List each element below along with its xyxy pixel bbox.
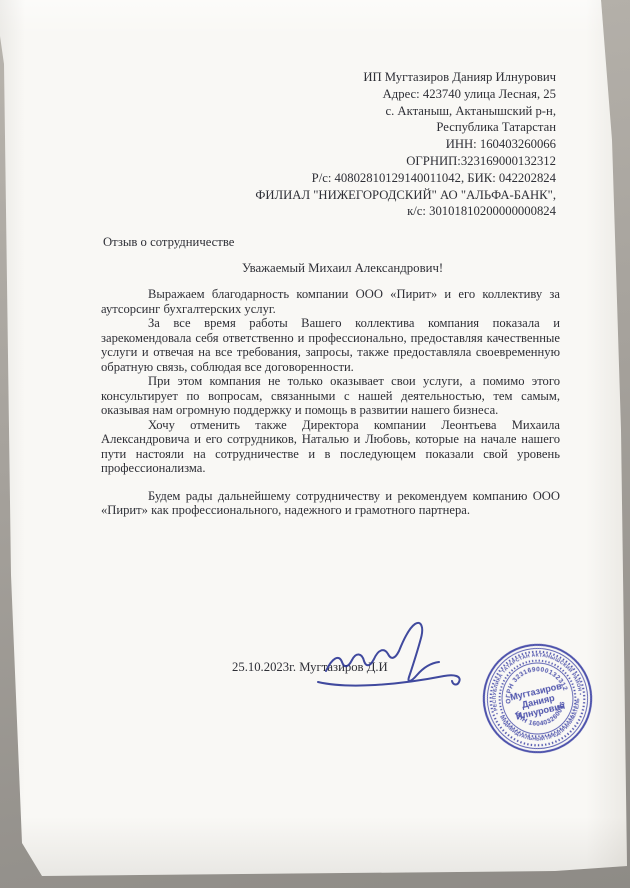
sender-detail-line: Республика Татарстан: [136, 119, 556, 136]
sender-detail-line: с. Актаныш, Актанышский р-н,: [136, 103, 556, 120]
body-paragraph: За все время работы Вашего коллектива ко…: [101, 316, 560, 374]
signature-stroke: [326, 623, 439, 681]
round-stamp: • РЕСПУБЛИКА ТАТАРСТАН АКТАНЫШСКИЙ РАЙОН…: [458, 628, 617, 769]
handwritten-signature: [312, 616, 480, 708]
closing-paragraph: Будем рады дальнейшему сотрудничеству и …: [101, 489, 560, 518]
salutation: Уважаемый Михаил Александрович!: [242, 261, 443, 276]
body-paragraph: При этом компания не только оказывает св…: [101, 374, 560, 418]
body-paragraph: Хочу отменить также Директора компании Л…: [101, 418, 560, 476]
letter-body: Выражаем благодарность компании ООО «Пир…: [101, 287, 560, 518]
sender-detail-line: к/с: 30101810200000000824: [136, 203, 556, 220]
sender-detail-line: ИП Мугтазиров Данияр Илнурович: [136, 69, 556, 86]
sender-detail-line: Адрес: 423740 улица Лесная, 25: [136, 86, 556, 103]
letter-content: ИП Мугтазиров Данияр Илнурович Адрес: 42…: [0, 0, 630, 888]
sender-detail-line: ФИЛИАЛ "НИЖЕГОРОДСКИЙ" АО "АЛЬФА-БАНК",: [136, 187, 556, 204]
sender-detail-line: ИНН: 160403260066: [136, 136, 556, 153]
sender-detail-line: ОГРНИП:323169000132312: [136, 153, 556, 170]
signature-underline-stroke: [318, 675, 460, 685]
sender-details-block: ИП Мугтазиров Данияр Илнурович Адрес: 42…: [136, 69, 556, 220]
letter-title: Отзыв о сотрудничестве: [103, 235, 234, 250]
sender-detail-line: Р/с: 40802810129140011042, БИК: 04220282…: [136, 170, 556, 187]
body-paragraph: Выражаем благодарность компании ООО «Пир…: [101, 287, 560, 316]
